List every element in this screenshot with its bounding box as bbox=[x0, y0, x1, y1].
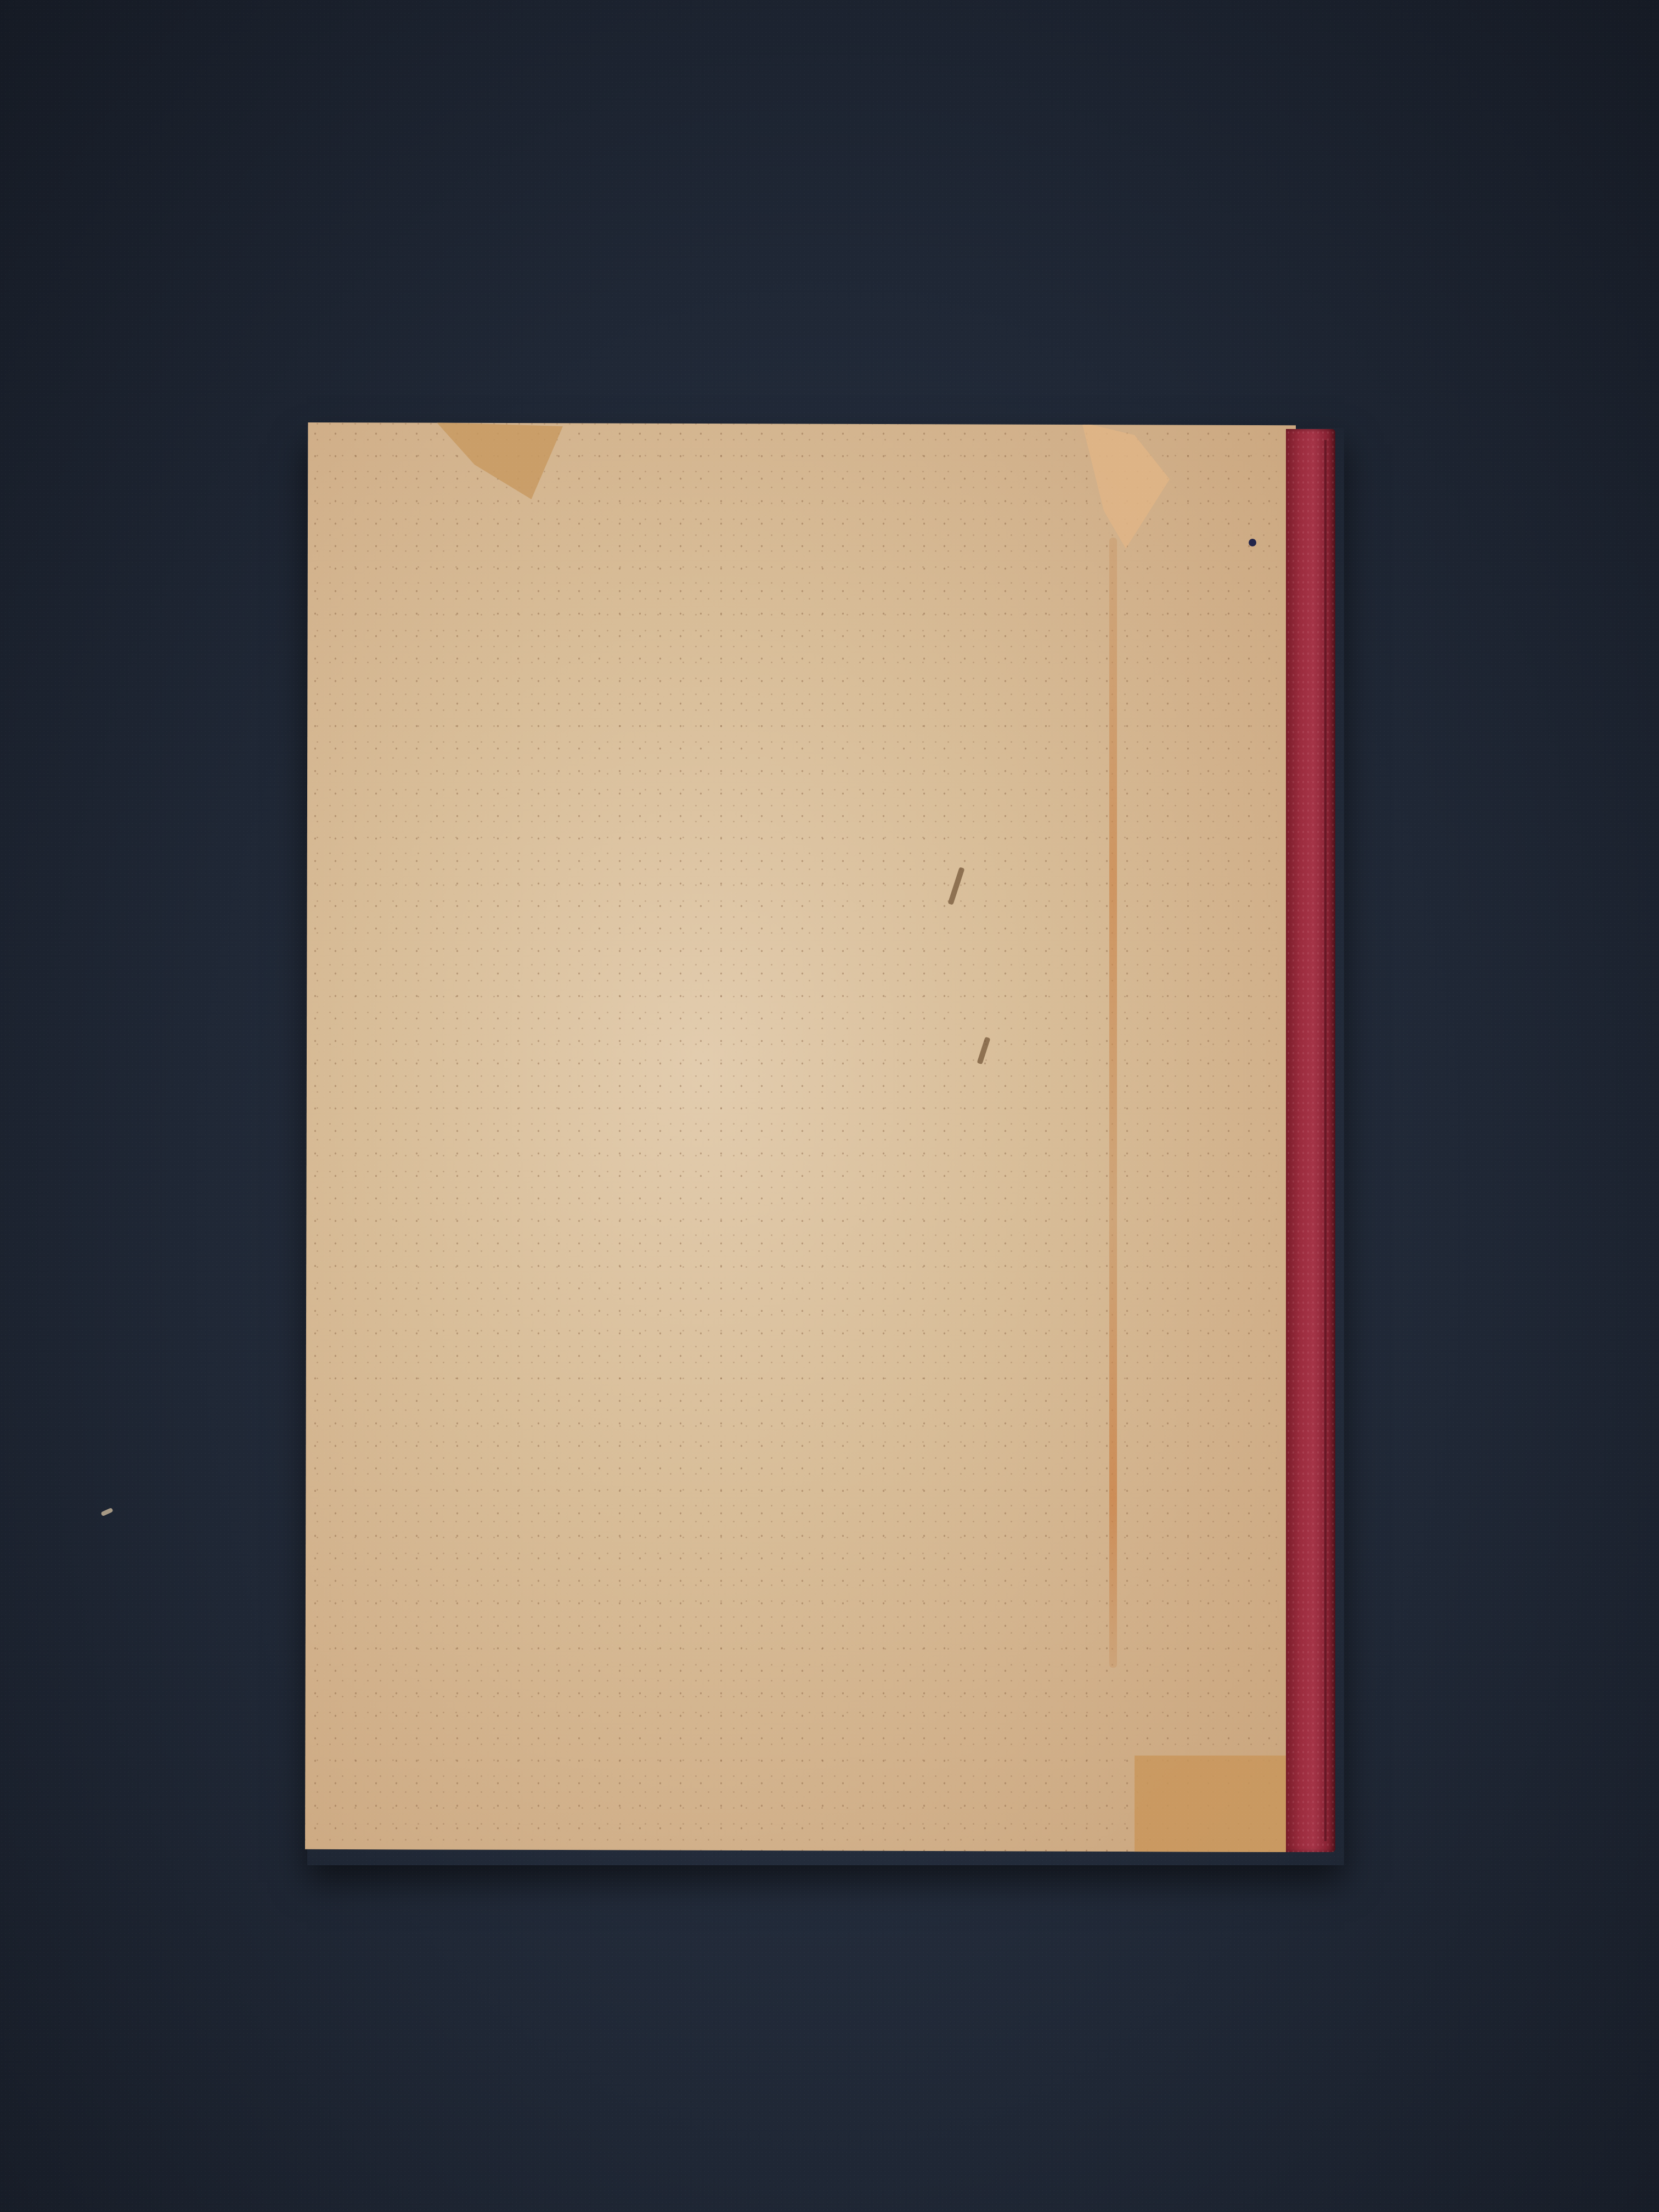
lint-speck bbox=[100, 1508, 113, 1517]
tape-top-right bbox=[1082, 422, 1170, 549]
tape-bottom-right bbox=[1135, 1756, 1296, 1852]
book-back-cover bbox=[305, 422, 1296, 1852]
stain-line bbox=[1109, 538, 1117, 1668]
stain-mark bbox=[947, 867, 964, 905]
book-spine bbox=[1286, 429, 1335, 1852]
stain-mark bbox=[977, 1037, 991, 1065]
spine-edge bbox=[1324, 440, 1327, 1841]
ink-dot bbox=[1249, 539, 1256, 546]
tape-top-left bbox=[437, 422, 563, 499]
photo-scene bbox=[0, 0, 1659, 2212]
